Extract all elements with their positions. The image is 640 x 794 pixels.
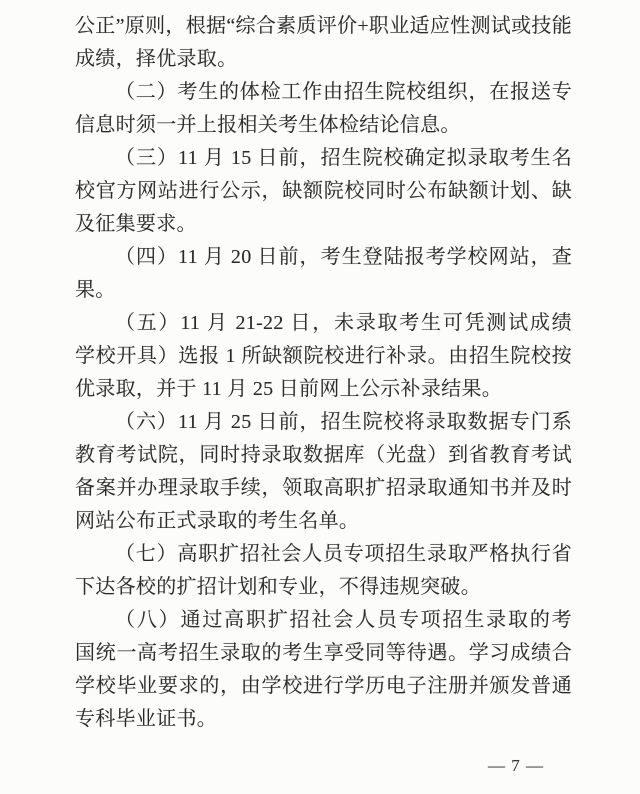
paragraph: （七）高职扩招社会人员专项招生录取严格执行省教育厅下达各校的扩招计划和专业，不得… [75,538,572,604]
paragraph: （二）考生的体检工作由招生院校组织，在报送专项录取信息时须一并上报相关考生体检结… [75,76,572,142]
scanned-document-page: 公正”原则，根据“综合素质评价+职业适应性测试或技能测试”成绩，择优录取。（二）… [0,0,640,794]
text-line: （三）11 月 15 日前，招生院校确定拟录取考生名单并在本 [75,142,572,175]
page-number: — 7 — [488,756,544,776]
text-line: 下达各校的扩招计划和专业，不得违规突破。 [75,571,572,604]
paragraph: 公正”原则，根据“综合素质评价+职业适应性测试或技能测试”成绩，择优录取。 [75,10,572,76]
text-line: （八）通过高职扩招社会人员专项招生录取的考生，与全 [75,604,572,637]
text-line: （六）11 月 25 日前，招生院校将录取数据专门系统报送省 [75,406,572,439]
paragraph: （八）通过高职扩招社会人员专项招生录取的考生，与全国统一高考招生录取的考生享受同… [75,604,572,736]
text-line: （七）高职扩招社会人员专项招生录取严格执行省教育厅 [75,538,572,571]
text-line: 专科毕业证书。 [75,703,572,736]
text-line: 及征集要求。 [75,208,572,241]
text-line: 成绩，择优录取。 [75,43,572,76]
text-line: 学校开具）选报 1 所缺额院校进行补录。由招生院校按要求择 [75,340,572,373]
text-line: 国统一高考招生录取的考生享受同等待遇。学习成绩合格达到 [75,637,572,670]
text-line: 校官方网站进行公示，缺额院校同时公布缺额计划、缺额专业 [75,175,572,208]
paragraph: （四）11 月 20 日前，考生登陆报考学校网站，查询录取结果。 [75,241,572,307]
text-line: 优录取，并于 11 月 25 日前网上公示补录结果。 [75,373,572,406]
text-line: 果。 [75,274,572,307]
text-line: 网站公布正式录取的考生名单。 [75,505,572,538]
paragraph: （六）11 月 25 日前，招生院校将录取数据专门系统报送省教育考试院，同时持录… [75,406,572,538]
text-line: （四）11 月 20 日前，考生登陆报考学校网站，查询录取结 [75,241,572,274]
text-line: 信息时须一并上报相关考生体检结论信息。 [75,109,572,142]
text-line: （五）11 月 21-22 日，未录取考生可凭测试成绩（由测试 [75,307,572,340]
text-line: 学校毕业要求的，由学校进行学历电子注册并颁发普通全日制 [75,670,572,703]
paragraph: （三）11 月 15 日前，招生院校确定拟录取考生名单并在本校官方网站进行公示，… [75,142,572,241]
text-line: 公正”原则，根据“综合素质评价+职业适应性测试或技能测试” [75,10,572,43]
text-line: 备案并办理录取手续，领取高职扩招录取通知书并及时在本校 [75,472,572,505]
text-line: 教育考试院，同时持录取数据库（光盘）到省教育考试院审核 [75,439,572,472]
document-body: 公正”原则，根据“综合素质评价+职业适应性测试或技能测试”成绩，择优录取。（二）… [75,10,572,736]
paragraph: （五）11 月 21-22 日，未录取考生可凭测试成绩（由测试学校开具）选报 1… [75,307,572,406]
text-line: （二）考生的体检工作由招生院校组织，在报送专项录取 [75,76,572,109]
